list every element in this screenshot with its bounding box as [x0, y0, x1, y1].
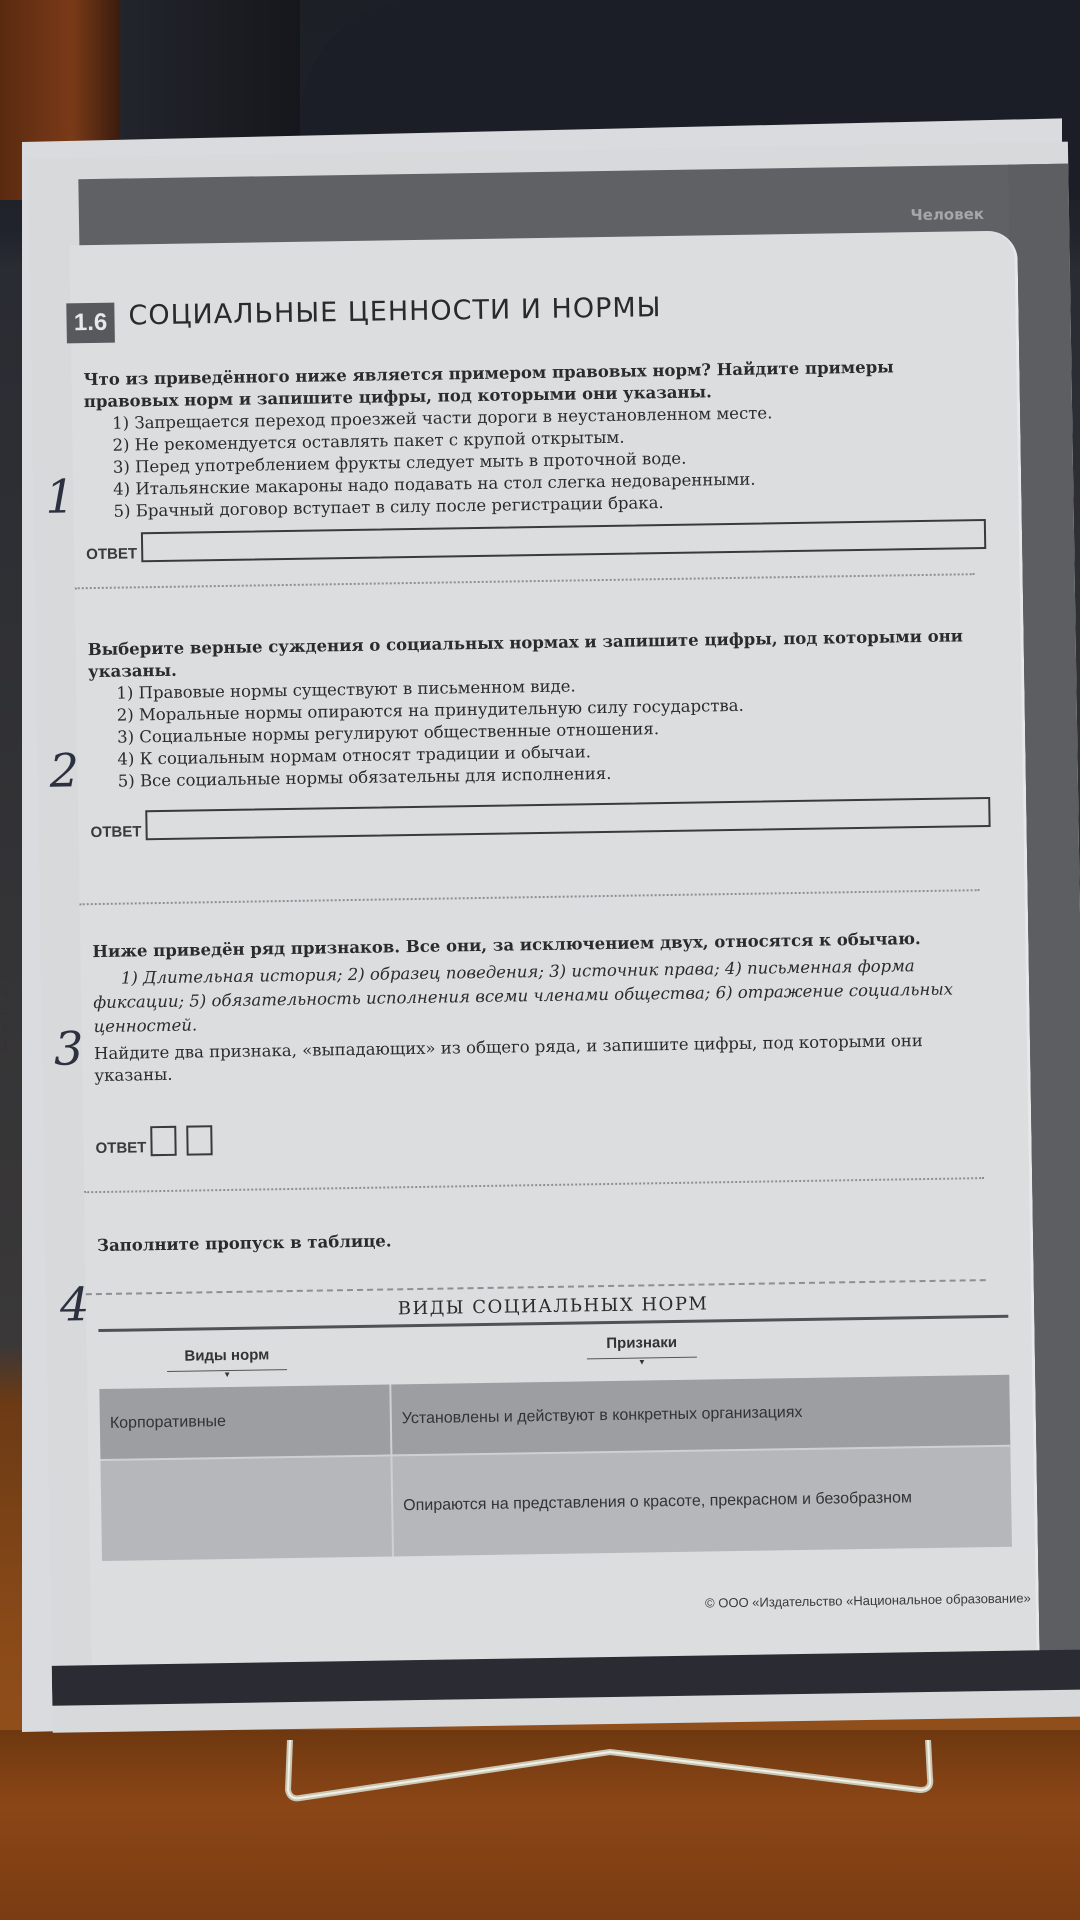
- norm-type-cell: Корпоративные: [99, 1384, 391, 1460]
- chapter-label: Человек: [910, 205, 984, 224]
- margin-letter: [2, 931, 14, 949]
- handwritten-task-number: 2: [49, 743, 79, 797]
- margin-letter: с: [2, 790, 14, 808]
- task-3: Ниже приведён ряд признаков. Все они, за…: [92, 927, 995, 1157]
- margin-letter: и: [2, 773, 14, 791]
- norm-feature-cell: Установлены и действуют в конкретных орг…: [390, 1375, 1010, 1456]
- worksheet-page: Человек 1.6 СОЦИАЛЬНЫЕ ЦЕННОСТИ И НОРМЫ …: [28, 142, 1080, 1733]
- section-number-badge: 1.6: [66, 303, 115, 344]
- margin-letter: ц: [2, 720, 14, 738]
- margin-letter: к: [2, 755, 14, 773]
- column-header-features: Признаки: [587, 1334, 697, 1368]
- feature-list: 1) Длительная история; 2) образец поведе…: [93, 953, 994, 1039]
- margin-letter: с: [2, 1002, 14, 1020]
- margin-letter: о: [2, 878, 14, 896]
- handwritten-task-number: 3: [54, 1021, 84, 1075]
- option-list: 1) Правовые нормы существуют в письменно…: [88, 669, 990, 793]
- adjacent-page-letters: цокис( ццоуп тсест]: [2, 720, 14, 1054]
- answer-label: ОТВЕТ: [86, 545, 137, 563]
- margin-letter: т: [2, 949, 14, 967]
- margin-letter: п: [2, 914, 14, 932]
- margin-letter: ц: [2, 861, 14, 879]
- margin-letter: (: [2, 808, 14, 826]
- margin-letter: с: [2, 966, 14, 984]
- handwritten-task-number: 4: [60, 1277, 90, 1331]
- margin-letter: о: [2, 738, 14, 756]
- task-2: Выберите верные суждения о социальных но…: [88, 625, 991, 841]
- margin-letter: е: [2, 984, 14, 1002]
- answer-cell-1[interactable]: [150, 1126, 176, 1156]
- page-stand-wire: [280, 1740, 950, 1830]
- margin-letter: ]: [2, 1037, 14, 1055]
- answer-label: ОТВЕТ: [90, 823, 141, 841]
- answer-cell-2[interactable]: [186, 1125, 212, 1155]
- social-norms-table: Корпоративные Установлены и действуют в …: [99, 1375, 1012, 1561]
- margin-letter: ц: [2, 843, 14, 861]
- answer-label: ОТВЕТ: [95, 1139, 146, 1157]
- column-header-types: Виды норм: [167, 1346, 287, 1380]
- norm-feature-cell: Опираются на представления о красоте, пр…: [391, 1446, 1012, 1557]
- option-list: 1) Запрещается переход проезжей части до…: [84, 399, 986, 523]
- handwritten-task-number: 1: [45, 469, 75, 523]
- table-row: Опираются на представления о красоте, пр…: [100, 1446, 1011, 1561]
- task-1: Что из приведённого ниже является пример…: [83, 355, 986, 563]
- margin-letter: т: [2, 1019, 14, 1037]
- margin-letter: [2, 826, 14, 844]
- norm-type-blank-cell[interactable]: [100, 1455, 393, 1561]
- task-instruction: Найдите два признака, «выпадающих» из об…: [94, 1029, 995, 1087]
- margin-letter: у: [2, 896, 14, 914]
